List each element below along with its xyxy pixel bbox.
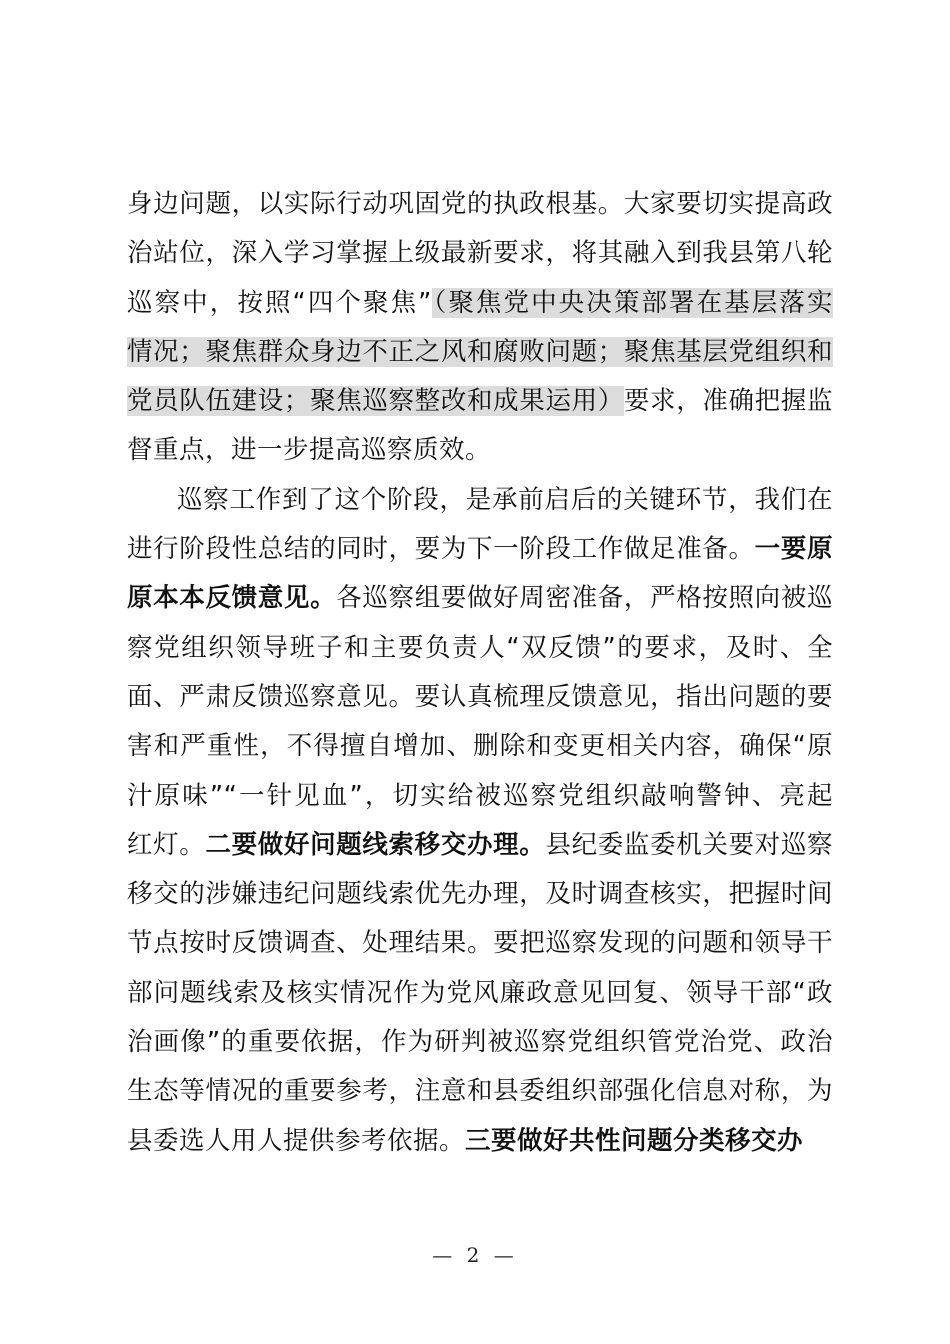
text-line: 部问题线索及核实情况作为党风廉政意见回复、领导干部“政 [127,969,833,1018]
text-run: 各巡察组要做好周密准备，严格按照向被巡 [336,583,833,613]
highlighted-text: 党员队伍建设；聚焦巡察整改和成果运用） [127,386,624,416]
bold-heading-text: 原本本反馈意见。 [127,583,336,613]
text-line: 治站位，深入学习掌握上级最新要求，将其融入到我县第八轮 [127,229,833,278]
text-line: 红灯。二要做好问题线索移交办理。县纪委监委机关要对巡察 [127,821,833,870]
text-run: 县纪委监委机关要对巡察 [545,830,833,860]
text-line: 身边问题，以实际行动巩固党的执政根基。大家要切实提高政 [127,180,833,229]
text-run: 督重点，进一步提高巡察质效。 [127,435,491,465]
text-run: 进行阶段性总结的同时，要为下一阶段工作做足准备。 [127,534,755,564]
text-run: 害和严重性，不得擅自增加、删除和变更相关内容，确保“原 [127,731,833,761]
text-line: 节点按时反馈调查、处理结果。要把巡察发现的问题和领导干 [127,919,833,968]
text-line: 县委选人用人提供参考依据。三要做好共性问题分类移交办 [127,1117,833,1166]
text-run: 汁原味”“一针见血”，切实给被巡察党组织敲响警钟、亮起 [127,781,833,811]
text-run: 要求，准确把握监 [624,386,833,416]
text-run: 身边问题，以实际行动巩固党的执政根基。大家要切实提高政 [127,189,833,219]
paragraph-2: 巡察工作到了这个阶段，是承前启后的关键环节，我们在进行阶段性总结的同时，要为下一… [127,476,833,1166]
text-run: 县委选人用人提供参考依据。 [127,1126,465,1156]
text-run: 部问题线索及核实情况作为党风廉政意见回复、领导干部“政 [127,978,833,1008]
text-run: 巡察中，按照“四个聚焦” [127,288,432,318]
document-page: 身边问题，以实际行动巩固党的执政根基。大家要切实提高政治站位，深入学习掌握上级最… [0,0,950,1344]
text-run: 巡察工作到了这个阶段，是承前启后的关键环节，我们在 [177,485,833,515]
bold-heading-text: 二要做好问题线索移交办理。 [205,830,545,860]
text-line: 原本本反馈意见。各巡察组要做好周密准备，严格按照向被巡 [127,574,833,623]
text-line: 巡察中，按照“四个聚焦”（聚焦党中央决策部署在基层落实 [127,279,833,328]
text-run: 生态等情况的重要参考，注意和县委组织部强化信息对称，为 [127,1076,833,1106]
text-run: 面、严肃反馈巡察意见。要认真梳理反馈意见，指出问题的要 [127,682,833,712]
text-run: 移交的涉嫌违纪问题线索优先办理，及时调查核实，把握时间 [127,879,833,909]
text-run: 红灯。 [127,830,205,860]
text-line: 党员队伍建设；聚焦巡察整改和成果运用）要求，准确把握监 [127,377,833,426]
document-body: 身边问题，以实际行动巩固党的执政根基。大家要切实提高政治站位，深入学习掌握上级最… [127,180,833,1166]
text-run: 治站位，深入学习掌握上级最新要求，将其融入到我县第八轮 [127,238,833,268]
text-run: 治画像”的重要依据，作为研判被巡察党组织管党治党、政治 [127,1027,833,1057]
text-run: 节点按时反馈调查、处理结果。要把巡察发现的问题和领导干 [127,928,833,958]
highlighted-text: 情况；聚焦群众身边不正之风和腐败问题；聚焦基层党组织和 [127,337,833,367]
text-line: 面、严肃反馈巡察意见。要认真梳理反馈意见，指出问题的要 [127,673,833,722]
text-line: 害和严重性，不得擅自增加、删除和变更相关内容，确保“原 [127,722,833,771]
text-line: 进行阶段性总结的同时，要为下一阶段工作做足准备。一要原 [127,525,833,574]
page-number: — 2 — [0,1243,950,1267]
highlighted-text: （聚焦党中央决策部署在基层落实 [432,288,833,318]
bold-heading-text: 一要原 [755,534,833,564]
text-line: 巡察工作到了这个阶段，是承前启后的关键环节，我们在 [127,476,833,525]
text-line: 治画像”的重要依据，作为研判被巡察党组织管党治党、政治 [127,1018,833,1067]
text-line: 汁原味”“一针见血”，切实给被巡察党组织敲响警钟、亮起 [127,772,833,821]
text-run: 察党组织领导班子和主要负责人“双反馈”的要求，及时、全 [127,633,833,663]
text-line: 情况；聚焦群众身边不正之风和腐败问题；聚焦基层党组织和 [127,328,833,377]
text-line: 生态等情况的重要参考，注意和县委组织部强化信息对称，为 [127,1067,833,1116]
text-line: 察党组织领导班子和主要负责人“双反馈”的要求，及时、全 [127,624,833,673]
text-line: 移交的涉嫌违纪问题线索优先办理，及时调查核实，把握时间 [127,870,833,919]
paragraph-1: 身边问题，以实际行动巩固党的执政根基。大家要切实提高政治站位，深入学习掌握上级最… [127,180,833,476]
text-line: 督重点，进一步提高巡察质效。 [127,426,833,475]
bold-heading-text: 三要做好共性问题分类移交办 [465,1126,803,1156]
